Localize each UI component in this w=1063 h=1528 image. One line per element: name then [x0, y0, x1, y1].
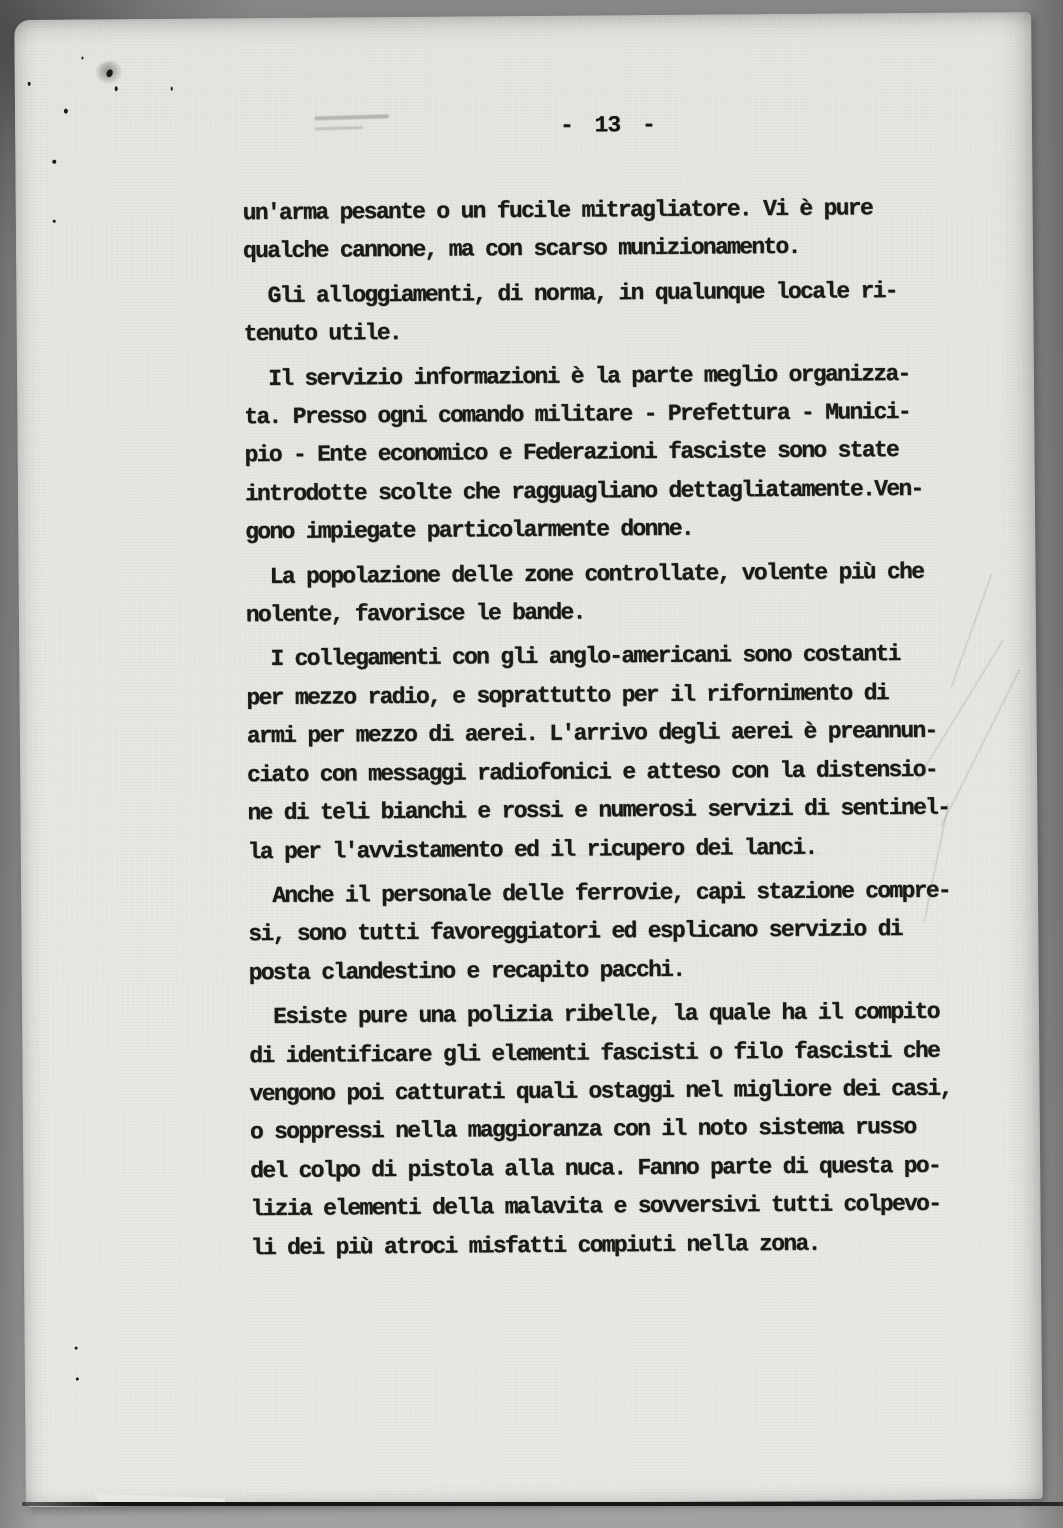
faded-stamp-line	[315, 114, 389, 120]
text-line: lizia elementi della malavita e sovversi…	[250, 1185, 952, 1229]
paragraph: Gli alloggiamenti, di norma, in qualunqu…	[243, 272, 946, 354]
paragraph: Il servizio informazioni è la parte megl…	[244, 354, 947, 552]
text-line: Gli alloggiamenti, di norma, in qualunqu…	[243, 272, 945, 316]
text-line: armi per mezzo di aerei. L'arrivo degli …	[247, 712, 949, 756]
text-line: La popolazione delle zone controllate, v…	[245, 552, 947, 596]
text-line: un'arma pesante o un fucile mitragliator…	[243, 189, 945, 233]
text-line: Il servizio informazioni è la parte megl…	[244, 354, 946, 398]
text-line: Esiste pure una polizia ribelle, la qual…	[249, 993, 951, 1037]
ink-speck	[64, 109, 68, 114]
text-line: ciato con messaggi radiofonici e atteso …	[247, 750, 949, 794]
speck-layer	[14, 12, 1031, 20]
ink-speck	[53, 220, 56, 223]
text-line: tenuto utile.	[244, 310, 946, 354]
page-bottom-edge-shadow	[22, 1502, 1063, 1506]
ink-speck	[52, 160, 56, 164]
faded-stamp	[315, 114, 389, 130]
ink-speck	[75, 1347, 78, 1350]
text-line: si, sono tutti favoreggiatori ed esplica…	[248, 910, 950, 954]
text-line: la per l'avvistamento ed il ricupero dei…	[248, 827, 950, 871]
text-line: li dei più atroci misfatti compiuti nell…	[251, 1223, 953, 1267]
document-page: - 13 - un'arma pesante o un fucile mitra…	[14, 12, 1043, 1507]
text-line: posta clandestino e recapito pacchi.	[249, 948, 951, 992]
text-line: qualche cannone, ma con scarso muniziona…	[243, 227, 945, 271]
text-line: pio - Ente economico e Federazioni fasci…	[244, 431, 946, 475]
ink-speck	[115, 86, 118, 91]
paragraph: Esiste pure una polizia ribelle, la qual…	[249, 993, 953, 1267]
text-line: di identificare gli elementi fascisti o …	[249, 1031, 951, 1075]
text-line: gono impiegate particolarmente donne.	[245, 508, 947, 552]
text-line: del colpo di pistola alla nuca. Fanno pa…	[250, 1146, 952, 1190]
ink-speck	[171, 87, 173, 91]
text-line: nolente, favorisce le bande.	[246, 591, 948, 635]
paragraph: un'arma pesante o un fucile mitragliator…	[243, 189, 946, 271]
page-number: - 13 -	[560, 112, 655, 139]
paragraph: I collegamenti con gli anglo-americani s…	[246, 635, 950, 871]
ink-speck	[28, 82, 31, 86]
paper-crease	[941, 669, 1020, 826]
faded-stamp-line	[315, 126, 363, 130]
text-line: ta. Presso ogni comando militare - Prefe…	[244, 393, 946, 437]
text-line: Anche il personale delle ferrovie, capi …	[248, 872, 950, 916]
ink-speck	[76, 1378, 79, 1381]
paragraph: La popolazione delle zone controllate, v…	[245, 552, 948, 634]
text-line: I collegamenti con gli anglo-americani s…	[246, 635, 948, 679]
scan-background: - 13 - un'arma pesante o un fucile mitra…	[0, 0, 1063, 1528]
paragraph: Anche il personale delle ferrovie, capi …	[248, 872, 951, 993]
text-line: ne di teli bianchi e rossi e numerosi se…	[247, 789, 949, 833]
document-text: un'arma pesante o un fucile mitragliator…	[243, 189, 953, 1273]
ink-speck	[81, 56, 83, 59]
paper-crease	[951, 574, 992, 687]
text-line: per mezzo radio, e soprattutto per il ri…	[246, 674, 948, 718]
text-line: o soppressi nella maggioranza con il not…	[250, 1108, 952, 1152]
crease-layer	[14, 12, 1031, 20]
text-line: introdotte scolte che ragguagliano detta…	[245, 470, 947, 514]
text-line: vengono poi catturati quali ostaggi nel …	[249, 1070, 951, 1114]
